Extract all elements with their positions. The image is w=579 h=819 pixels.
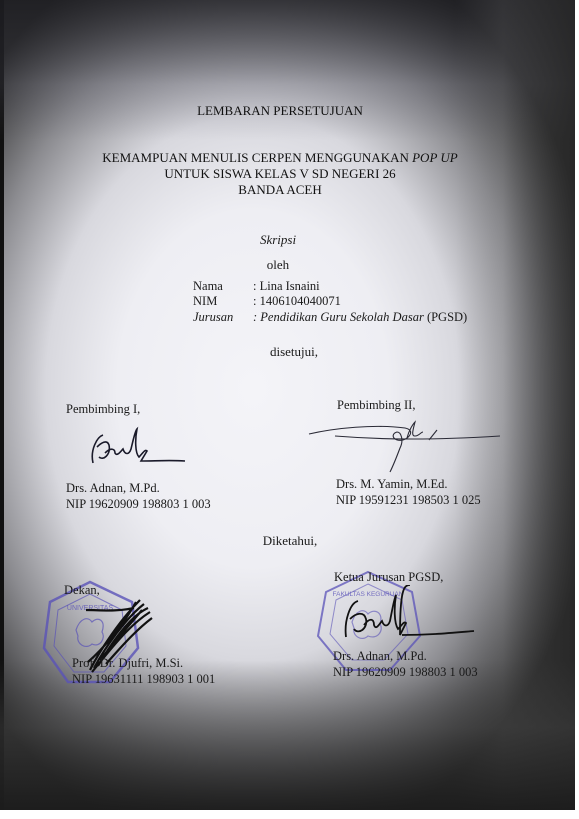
- head-name: Drs. Adnan, M.Pd.: [333, 648, 478, 664]
- advisor2-signature: [305, 420, 505, 480]
- page-title: LEMBARAN PERSETUJUAN: [0, 103, 560, 119]
- student-name-row: Nama: Lina Isnaini: [193, 279, 320, 294]
- dean-nip: NIP 19631111 198903 1 001: [72, 671, 215, 687]
- role-label: Ketua Jurusan PGSD,: [334, 570, 443, 585]
- by-label: oleh: [0, 257, 556, 273]
- advisor1-nip: NIP 19620909 198803 1 003: [66, 496, 211, 512]
- acknowledged-label: Diketahui,: [0, 533, 575, 549]
- advisor1-details: Drs. Adnan, M.Pd. NIP 19620909 198803 1 …: [66, 480, 211, 512]
- head-signature: [340, 585, 480, 645]
- advisor1-role: Pembimbing I,: [66, 402, 140, 417]
- thesis-title-line-1: KEMAMPUAN MENULIS CERPEN MENGGUNAKAN POP…: [0, 150, 560, 166]
- student-field-value: : 1406104040071: [253, 294, 341, 308]
- thesis-title-text: KEMAMPUAN MENULIS CERPEN MENGGUNAKAN: [102, 150, 412, 165]
- role-label: Pembimbing I,: [66, 402, 140, 417]
- head-role: Ketua Jurusan PGSD,: [334, 570, 443, 585]
- head-nip: NIP 19620909 198803 1 003: [333, 664, 478, 680]
- dean-details: Prof. Dr. Djufri, M.Si. NIP 19631111 198…: [72, 655, 215, 687]
- student-department-row: Jurusan: Pendidikan Guru Sekolah Dasar (…: [193, 310, 467, 325]
- student-field-value: : Pendidikan Guru Sekolah Dasar: [253, 310, 427, 324]
- advisor2-nip: NIP 19591231 198503 1 025: [336, 492, 481, 508]
- role-label: Pembimbing II,: [337, 398, 415, 413]
- thesis-title-line-2: UNTUK SISWA KELAS V SD NEGERI 26: [0, 166, 560, 182]
- advisor2-details: Drs. M. Yamin, M.Ed. NIP 19591231 198503…: [336, 476, 481, 508]
- student-field-value-abbrev: (PGSD): [427, 310, 467, 324]
- advisor1-name: Drs. Adnan, M.Pd.: [66, 480, 211, 496]
- advisor2-role: Pembimbing II,: [337, 398, 415, 413]
- role-label: Dekan,: [64, 583, 100, 598]
- advisor2-name: Drs. M. Yamin, M.Ed.: [336, 476, 481, 492]
- head-details: Drs. Adnan, M.Pd. NIP 19620909 198803 1 …: [333, 648, 478, 680]
- advisor1-signature: [85, 425, 195, 470]
- student-field-label: Nama: [193, 279, 253, 294]
- thesis-title-line-3: BANDA ACEH: [0, 182, 560, 198]
- document-photo: LEMBARAN PERSETUJUAN KEMAMPUAN MENULIS C…: [0, 0, 575, 810]
- approved-label: disetujui,: [0, 344, 575, 360]
- dean-role: Dekan,: [64, 583, 100, 598]
- student-field-label: Jurusan: [193, 310, 253, 325]
- thesis-title-italic: POP UP: [412, 150, 458, 165]
- student-field-value: : Lina Isnaini: [253, 279, 320, 293]
- dean-name: Prof. Dr. Djufri, M.Si.: [72, 655, 215, 671]
- document-type: Skripsi: [0, 232, 556, 248]
- student-nim-row: NIM: 1406104040071: [193, 294, 341, 309]
- student-field-label: NIM: [193, 294, 253, 309]
